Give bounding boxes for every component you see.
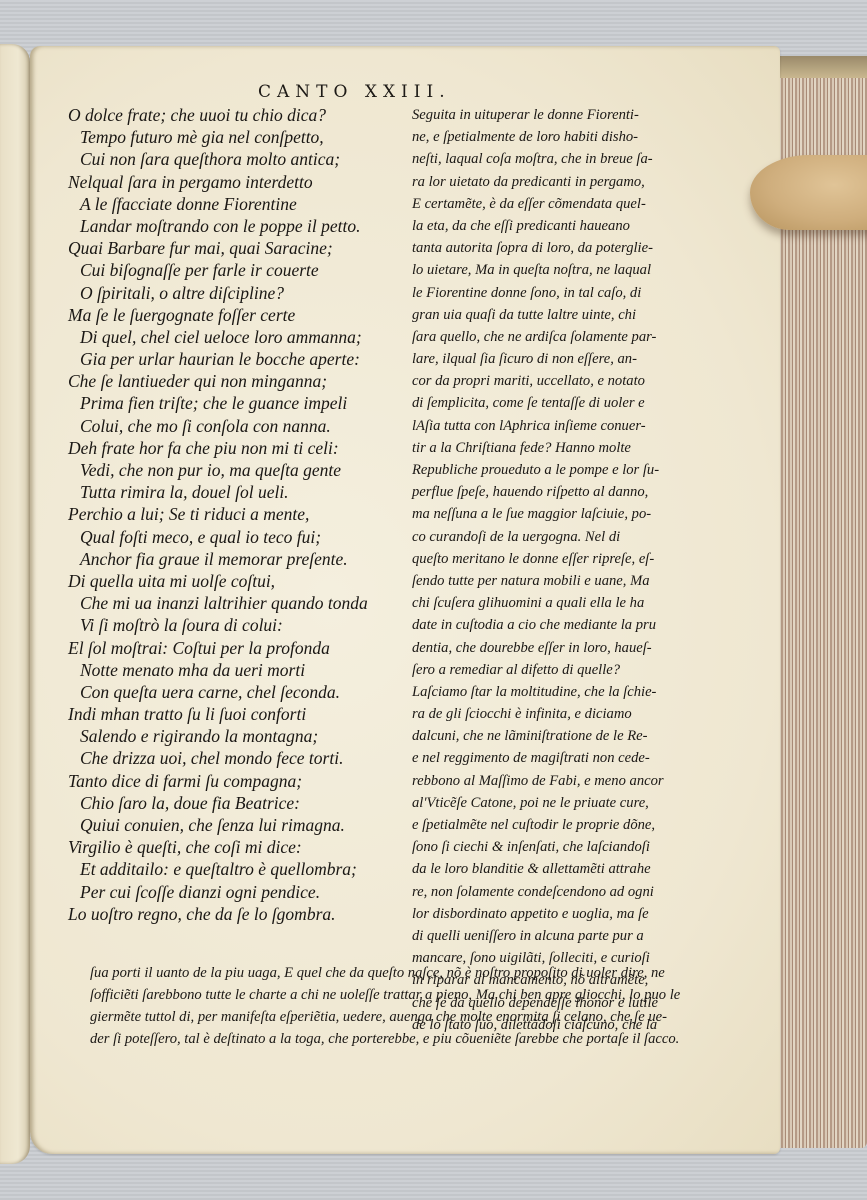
commentary-line: rebbono al Maſſimo de Fabi, e meno ancor — [412, 770, 702, 792]
commentary-line: tir a la Chriſtiana fede? Hanno molte — [412, 437, 702, 459]
commentary-line: Seguita in uituperar le donne Fiorenti- — [412, 104, 702, 126]
commentary-line: lare, ilqual ſia ſicuro di non eſſere, a… — [412, 348, 702, 370]
commentary-footer-line: giermẽte tuttol di, per manifeſta eſperi… — [90, 1006, 710, 1028]
verse-line: Tempo futuro mè gia nel conſpetto, — [68, 126, 398, 148]
wooden-book-support — [750, 155, 867, 230]
commentary-line: ra de gli ſciocchi è infinita, e diciamo — [412, 703, 702, 725]
commentary-line: di ſemplicita, come ſe tentaſſe di uoler… — [412, 392, 702, 414]
verse-line: Gia per urlar haurian le bocche aperte: — [68, 348, 398, 370]
verse-line: Tanto dice di farmi ſu compagna; — [68, 770, 398, 792]
commentary-line: la eta, da che eſſi predicanti haueano — [412, 215, 702, 237]
commentary-line: lo uietare, Ma in queſta noſtra, ne laqu… — [412, 259, 702, 281]
commentary-line: gran uia quaſi da tutte laltre uinte, ch… — [412, 304, 702, 326]
verse-line: O ſpiritali, o altre diſcipline? — [68, 282, 398, 304]
commentary-line: al'Vticẽſe Catone, poi ne le priuate cur… — [412, 792, 702, 814]
verse-line: Nelqual ſara in pergamo interdetto — [68, 171, 398, 193]
verse-line: Per cui ſcoſſe dianzi ogni pendice. — [68, 881, 398, 903]
commentary-line: ma neſſuna a le ſue maggior laſciuie, po… — [412, 503, 702, 525]
commentary-column: Seguita in uituperar le donne Fiorenti-n… — [412, 104, 702, 1036]
commentary-line: dalcuni, che ne lãminiſtratione de le Re… — [412, 725, 702, 747]
verse-line: Vedi, che non pur io, ma queſta gente — [68, 459, 398, 481]
verse-line: Qual foſti meco, e qual io teco fui; — [68, 526, 398, 548]
verse-line: Perchio a lui; Se ti riduci a mente, — [68, 503, 398, 525]
commentary-line: Republiche proueduto a le pompe e lor ſu… — [412, 459, 702, 481]
commentary-line: e ſpetialmẽte nel cuſtodir le proprie dõ… — [412, 814, 702, 836]
commentary-line: lor disbordinato appetito e uoglia, ma ſ… — [412, 903, 702, 925]
verse-line: Cui non ſara queſthora molto antica; — [68, 148, 398, 170]
verse-line: Salendo e rigirando la montagna; — [68, 725, 398, 747]
commentary-line: ne, e ſpetialmente de loro habiti disho- — [412, 126, 702, 148]
commentary-continuation: ſua porti il uanto de la piu uaga, E que… — [90, 962, 710, 1050]
verse-line: Et additailo: e queſtaltro è quellombra; — [68, 858, 398, 880]
verse-line: Notte menato mha da ueri morti — [68, 659, 398, 681]
commentary-line: da le loro blanditie & allettamẽti attra… — [412, 858, 702, 880]
commentary-line: re, non ſolamente condeſcendono ad ogni — [412, 881, 702, 903]
verse-line: A le ſfacciate donne Fiorentine — [68, 193, 398, 215]
commentary-line: date in cuſtodia a cio che mediante la p… — [412, 614, 702, 636]
verse-line: Chio ſaro la, doue fia Beatrice: — [68, 792, 398, 814]
commentary-line: co curandoſi de la uergogna. Nel di — [412, 526, 702, 548]
commentary-line: ſero a remediar al difetto di quelle? — [412, 659, 702, 681]
commentary-footer-line: ſofficiẽti ſarebbono tutte le charte a c… — [90, 984, 710, 1006]
commentary-line: lAſia tutta con lAphrica inſieme conuer- — [412, 415, 702, 437]
commentary-footer-line: der ſi poteſſero, tal è deſtinato a la t… — [90, 1028, 710, 1050]
verse-line: Che ſe lantiueder qui non minganna; — [68, 370, 398, 392]
verse-line: Virgilio è queſti, che coſi mi dice: — [68, 836, 398, 858]
commentary-line: cor da propri mariti, uccellato, e notat… — [412, 370, 702, 392]
commentary-line: ra lor uietato da predicanti in pergamo, — [412, 171, 702, 193]
verse-line: Quiui conuien, che ſenza lui rimagna. — [68, 814, 398, 836]
verse-line: Landar moſtrando con le poppe il petto. — [68, 215, 398, 237]
verse-line: Quai Barbare fur mai, quai Saracine; — [68, 237, 398, 259]
verse-line: Colui, che mo ſi conſola con nanna. — [68, 415, 398, 437]
commentary-footer-line: ſua porti il uanto de la piu uaga, E que… — [90, 962, 710, 984]
left-page-edge — [0, 44, 30, 1164]
verse-line: Ma ſe le ſuergognate foſſer certe — [68, 304, 398, 326]
commentary-line: ſara quello, che ne ardiſca ſolamente pa… — [412, 326, 702, 348]
verse-line: El ſol moſtrai: Coſtui per la profonda — [68, 637, 398, 659]
commentary-line: neſti, laqual coſa moſtra, che in breue … — [412, 148, 702, 170]
commentary-line: e nel reggimento de magiſtrati non cede- — [412, 747, 702, 769]
verse-line: Indi mhan tratto ſu li ſuoi conforti — [68, 703, 398, 725]
commentary-line: dentia, che dourebbe eſſer in loro, haue… — [412, 637, 702, 659]
verse-line: Che mi ua inanzi laltrihier quando tonda — [68, 592, 398, 614]
verse-line: Che drizza uoi, chel mondo fece torti. — [68, 747, 398, 769]
verse-line: Deh frate hor fa che piu non mi ti celi: — [68, 437, 398, 459]
verse-line: Prima fien triſte; che le guance impeli — [68, 392, 398, 414]
verse-line: Vi ſi moſtrò la ſoura di colui: — [68, 614, 398, 636]
verse-line: Di quella uita mi uolſe coſtui, — [68, 570, 398, 592]
commentary-line: queſto meritano le donne eſſer ripreſe, … — [412, 548, 702, 570]
commentary-line: ſendo tutte per natura mobili e uane, Ma — [412, 570, 702, 592]
verse-line: Tutta rimira la, douel ſol ueli. — [68, 481, 398, 503]
commentary-line: ſono ſi ciechi & inſenſati, che laſciand… — [412, 836, 702, 858]
commentary-line: le Fiorentine donne ſono, in tal caſo, d… — [412, 282, 702, 304]
verse-column: O dolce frate; che uuoi tu chio dica?Tem… — [68, 104, 398, 925]
verse-line: Cui biſognaſſe per farle ir couerte — [68, 259, 398, 281]
commentary-line: E certamẽte, è da eſſer cõmendata quel- — [412, 193, 702, 215]
commentary-line: di quelli ueniſſero in alcuna parte pur … — [412, 925, 702, 947]
verse-line: Lo uoſtro regno, che da ſe lo ſgombra. — [68, 903, 398, 925]
commentary-line: perflue ſpeſe, hauendo riſpetto al danno… — [412, 481, 702, 503]
verse-line: Anchor fia graue il memorar preſente. — [68, 548, 398, 570]
commentary-line: Laſciamo ſtar la moltitudine, che la ſch… — [412, 681, 702, 703]
verse-line: Con queſta uera carne, chel ſeconda. — [68, 681, 398, 703]
page-header: CANTO XXIII. — [258, 82, 451, 102]
verse-line: O dolce frate; che uuoi tu chio dica? — [68, 104, 398, 126]
verse-line: Di quel, chel ciel ueloce loro ammanna; — [68, 326, 398, 348]
commentary-line: chi ſcuſera glihuomini a quali ella le h… — [412, 592, 702, 614]
commentary-line: tanta autorita ſopra di loro, da potergl… — [412, 237, 702, 259]
